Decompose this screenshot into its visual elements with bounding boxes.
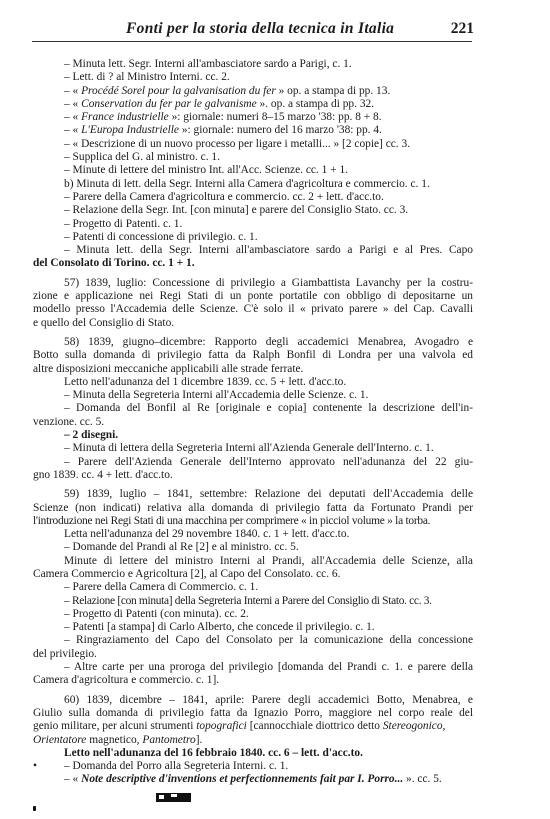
entry-59-line: 59) 1839, luglio – 1841, settembre: Rela… [33,488,473,501]
entry-58-line: venzione. cc. 5. [33,416,473,429]
list-item: – Parere della Camera d'agricoltura e co… [33,191,473,204]
list-item: – Relazione della Segr. Int. [con minuta… [33,204,473,217]
scan-mark [33,806,36,811]
list-item: – Lett. di ? al Ministro Interni. cc. 2. [33,71,473,84]
entry-59-line: – Ringraziamento del Capo del Consolato … [33,634,473,647]
entry-58-line: 58) 1839, giugno–dicembre: Rapporto degl… [33,336,473,349]
list-item: – Supplica del G. al ministro. c. 1. [33,151,473,164]
italic-title: France industrielle [81,111,169,123]
entry-58-line: – Minuta di lettera della Segreteria Int… [33,442,473,455]
entry-58-line: Letto nell'adunanza del 1 dicembre 1839.… [33,376,473,389]
list-item: – Minuta lett. Segr. Interni all'ambasci… [33,58,473,71]
list-item-continuation: del Consolato di Torino. cc. 1 + 1. [33,257,473,270]
page-body: – Minuta lett. Segr. Interni all'ambasci… [33,58,473,787]
italic-title: Note descriptive d'inventions et perfect… [81,773,403,785]
entry-58-line: – Domanda del Bonfil al Re [originale e … [33,402,473,415]
list-item: – « Conservation du fer par le galvanism… [33,98,473,111]
list-item: – « Descrizione di un nuovo processo per… [33,138,473,151]
italic-term: Stereogonico, [383,720,446,732]
entry-59-line: Camera d'agricoltura e commercio. c. 1]. [33,674,473,687]
list-item: – Minute di lettere del ministro Int. al… [33,164,473,177]
entry-60-line: Giulio sulla domanda di privilegio fatta… [33,707,473,720]
entry-58-line: – Parere dell'Azienda Generale dell'Inte… [33,456,473,469]
list-item: – « Procédé Sorel pour la galvanisation … [33,85,473,98]
entry-60-line: 60) 1839, dicembre – 1841, aprile: Parer… [33,694,473,707]
entry-58-line: – Minuta della Segreteria Interni all'Ac… [33,389,473,402]
entry-57-line: e quello del Consiglio di Stato. [33,317,473,330]
italic-term: Orientatore [33,734,86,746]
entry-60-line: genio militare, per alcuni strumenti top… [33,720,473,733]
entry-60-line: Letto nell'adunanza del 16 febbraio 1840… [33,747,473,760]
entry-59-line: l'introduzione nei Regi Stati di una mac… [33,515,473,528]
entry-59-line: Camera Commercio e Agricoltura [2], al C… [33,568,473,581]
italic-term: topografici [196,720,247,732]
entry-58-line: altre disposizioni meccaniche applicabil… [33,363,473,376]
entry-60-line: •– Domanda del Porro alla Segreteria Int… [33,760,473,773]
running-title: Fonti per la storia della tecnica in Ita… [126,20,394,38]
entry-59-line: – Progetto di Patenti (con minuta). cc. … [33,608,473,621]
entry-59-line: – Domande del Prandi al Re [2] e al mini… [33,541,473,554]
page-number: 221 [451,20,474,38]
list-item: – Progetto di Patenti. c. 1. [33,218,473,231]
entry-59-line: Letta nell'adunanza del 29 novembre 1840… [33,528,473,541]
list-item: b) Minuta di lett. della Segr. Interni a… [33,178,473,191]
list-item: – Patenti di concessione di privilegio. … [33,231,473,244]
scan-artifact [156,793,191,802]
entry-59-line: – Altre carte per una proroga del privil… [33,661,473,674]
entry-59-line: del privilegio. [33,648,473,661]
list-item: – Minuta lett. della Segr. Interni all'a… [33,244,473,257]
margin-mark: • [33,760,37,773]
entry-57-line: modello presso l'Accademia delle Scienze… [33,303,473,316]
list-item: – « L'Europa Industrielle »: giornale: n… [33,124,473,137]
header-rule [32,41,472,42]
entry-58-line: gno 1839. cc. 4 + lett. d'acc.to. [33,469,473,482]
italic-title: Conservation du fer par le galvanisme [81,98,257,110]
entry-59-line: Minute di lettere del ministro Interni a… [33,555,473,568]
entry-59-line: – Patenti [a stampa] di Carlo Alberto, c… [33,621,473,634]
entry-57-line: 57) 1839, luglio: Concessione di privile… [33,277,473,290]
entry-59-line: – Relazione [con minuta] della Segreteri… [33,595,473,608]
entry-59-line: – Parere della Camera di Commercio. c. 1… [33,581,473,594]
entry-60-line: – « Note descriptive d'inventions et per… [33,773,473,786]
entry-59-line: Scienze (non indicati) relativa alla dom… [33,502,473,515]
entry-60-line: Orientatore magnetico, Pantometro]. [33,734,473,747]
entry-58-line: Botto sulla domanda di privilegio fatta … [33,349,473,362]
entry-57-line: zione e applicazione nei Regi Stati di u… [33,290,473,303]
list-item: – « France industrielle »: giornale: num… [33,111,473,124]
italic-title: L'Europa Industrielle [81,124,179,136]
italic-title: Procédé Sorel pour la galvanisation du f… [81,85,276,97]
italic-term: Pantometro [142,734,195,746]
running-header: Fonti per la storia della tecnica in Ita… [32,18,472,40]
entry-58-line: – 2 disegni. [33,429,473,442]
